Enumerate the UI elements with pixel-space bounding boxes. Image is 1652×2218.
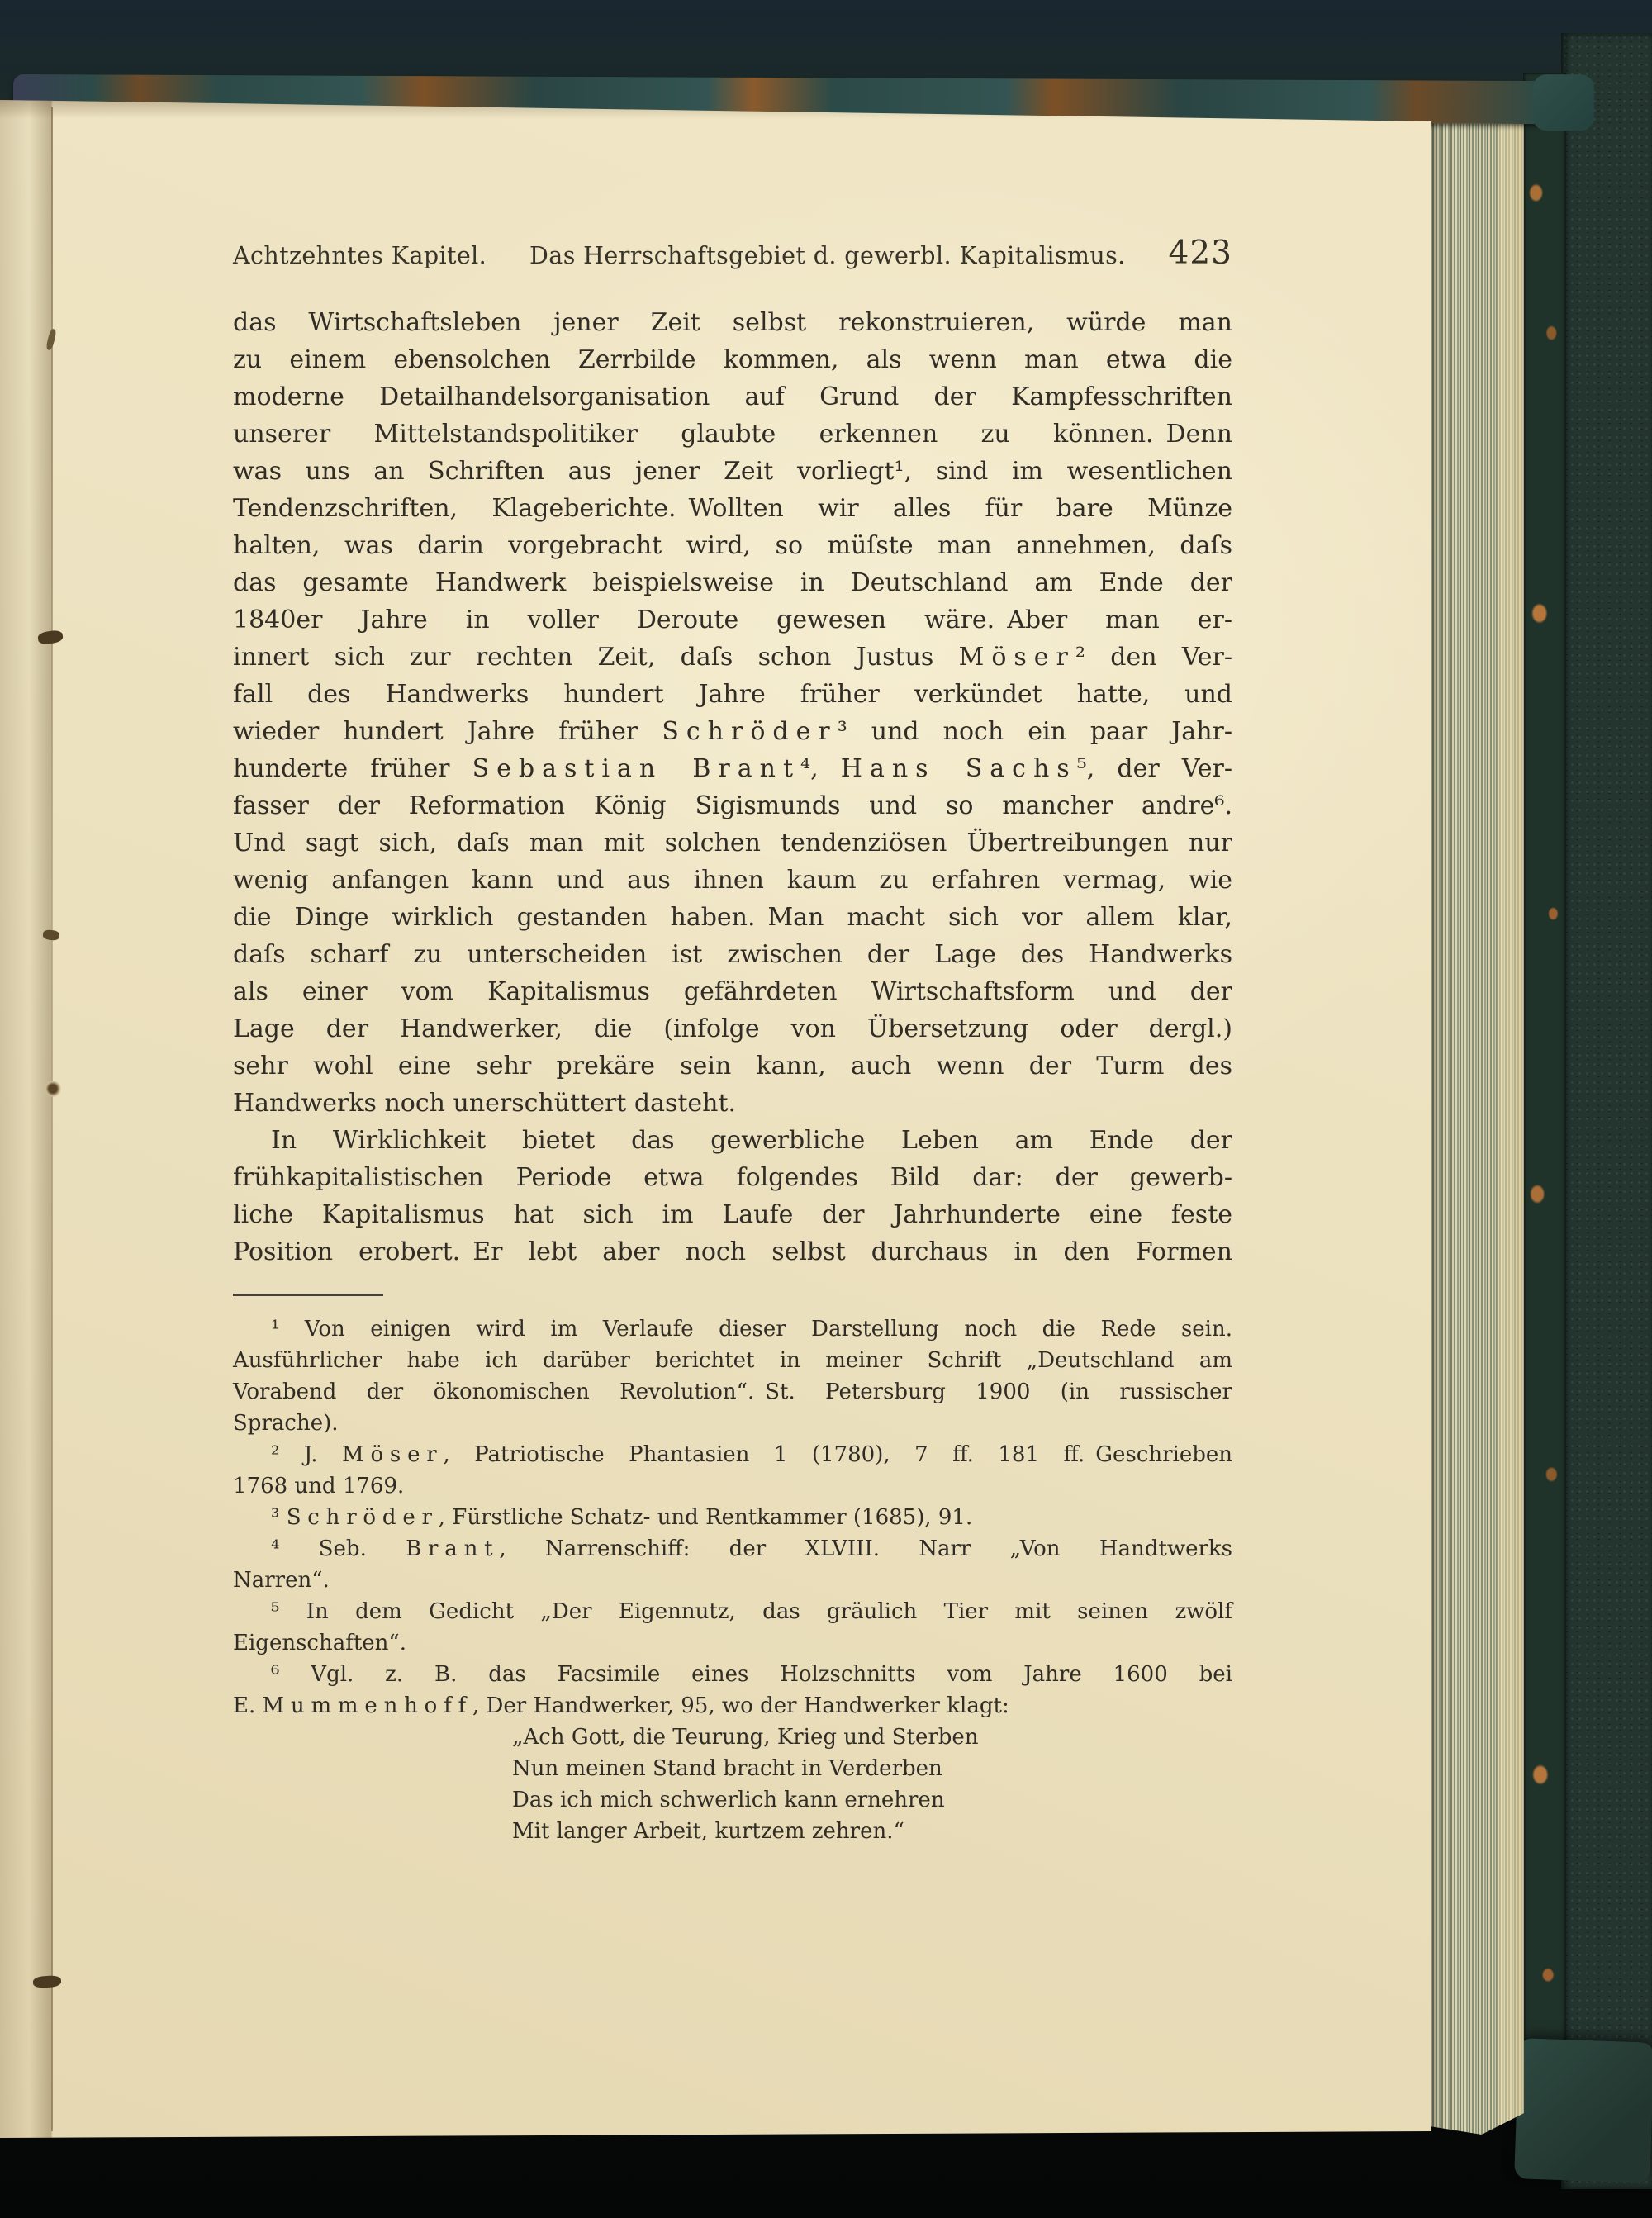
text-segment: innert sich zur rechten Zeit, daſs schon… [233, 643, 959, 672]
poem-line: „Ach Gott, die Teurung, Krieg und Sterbe… [233, 1722, 1232, 1753]
chapter-title: Das Herrschaftsgebiet d. gewerbl. Kapita… [529, 242, 1126, 269]
text-segment: hunderte früher [233, 754, 472, 783]
text-line: die Dinge wirklich gestanden haben. Man … [233, 899, 1232, 936]
binding-hole [45, 1081, 61, 1097]
text-line: sehr wohl eine sehr prekäre sein kann, a… [233, 1047, 1232, 1085]
text-segment: E. [233, 1693, 263, 1718]
letterspaced-name: Möser [959, 643, 1075, 672]
book-scan: Achtzehntes Kapitel. Das Herrschaftsgebi… [0, 0, 1652, 2218]
text-line: liche Kapitalismus hat sich im Laufe der… [233, 1196, 1232, 1233]
text-segment: wieder hundert Jahre früher [233, 717, 662, 746]
text-segment: ² J. [271, 1442, 342, 1467]
text-line: ⁵ In dem Gedicht „Der Eigennutz, das grä… [233, 1596, 1232, 1627]
letterspaced-name: Möser [342, 1442, 443, 1467]
text-line: fasser der Reformation König Sigismunds … [233, 787, 1232, 824]
text-line: Sprache). [233, 1408, 1232, 1439]
text-segment: , Fürstliche Schatz- und Rentkammer (168… [439, 1505, 972, 1530]
text-segment: , Narrenschiff: der XLVIII. Narr „Von Ha… [499, 1536, 1232, 1561]
text-line: das Wirtschaftsleben jener Zeit selbst r… [233, 304, 1232, 341]
letterspaced-name: Mummenhoff [263, 1693, 472, 1718]
text-line: innert sich zur rechten Zeit, daſs schon… [233, 639, 1232, 676]
text-line: wenig anfangen kann und aus ihnen kaum z… [233, 862, 1232, 899]
text-line: ¹ Von einigen wird im Verlaufe dieser Da… [233, 1313, 1232, 1345]
text-line: moderne Detailhandelsorganisation auf Gr… [233, 378, 1232, 416]
text-line: E. Mummenhoff, Der Handwerker, 95, wo de… [233, 1690, 1232, 1722]
page-number: 423 [1169, 235, 1232, 272]
cloth-cover [1561, 33, 1652, 2189]
text-line: Und sagt sich, daſs man mit solchen tend… [233, 824, 1232, 862]
text-segment: ³ [271, 1505, 287, 1530]
marbled-board-edge [1523, 73, 1566, 2075]
text-line: unserer Mittelstandspolitiker glaubte er… [233, 416, 1232, 453]
text-line: wieder hundert Jahre früher Schröder³ un… [233, 713, 1232, 750]
poem-line: Das ich mich schwerlich kann ernehren [233, 1784, 1232, 1816]
letterspaced-name: Sebastian Brant [472, 754, 800, 783]
text-line: ³ Schröder, Fürstliche Schatz- und Rentk… [233, 1502, 1232, 1533]
text-line: das gesamte Handwerk beispielsweise in D… [233, 564, 1232, 601]
letterspaced-name: Schröder [662, 717, 837, 746]
text-line: Lage der Handwerker, die (infolge von Üb… [233, 1010, 1232, 1047]
text-segment: ⁴, [800, 754, 841, 783]
letterspaced-name: Brant [406, 1536, 499, 1561]
text-segment: ⁴ Seb. [271, 1536, 406, 1561]
text-line: zu einem ebensolchen Zerrbilde kommen, a… [233, 341, 1232, 378]
text-line: halten, was darin vorgebracht wird, so m… [233, 527, 1232, 564]
text-line: Ausführlicher habe ich darüber berichtet… [233, 1345, 1232, 1376]
text-line: Vorabend der ökonomischen Revolution“. S… [233, 1376, 1232, 1408]
binding-stitch [33, 1975, 62, 1988]
text-line: Position erobert. Er lebt aber noch selb… [233, 1233, 1232, 1270]
gutter-shading [0, 0, 53, 2140]
body-text: das Wirtschaftsleben jener Zeit selbst r… [233, 304, 1232, 1270]
text-line: Eigenschaften“. [233, 1627, 1232, 1659]
text-line: 1840er Jahre in voller Deroute gewesen w… [233, 601, 1232, 639]
text-segment: ⁵, der Ver- [1077, 754, 1232, 783]
footnotes-text: ¹ Von einigen wird im Verlaufe dieser Da… [233, 1313, 1232, 1847]
text-line: Tendenzschriften, Klageberichte. Wollten… [233, 490, 1232, 527]
footnote-separator [233, 1294, 383, 1296]
text-line: frühkapitalistischen Periode etwa folgen… [233, 1159, 1232, 1196]
leather-corner [1514, 2038, 1652, 2183]
binding-crease [51, 107, 53, 2131]
letterspaced-name: Schröder [287, 1505, 439, 1530]
text-line: Handwerks noch unerschüttert dasteht. [233, 1085, 1232, 1122]
text-line: hunderte früher Sebastian Brant⁴, Hans S… [233, 750, 1232, 787]
text-line: ⁶ Vgl. z. B. das Facsimile eines Holzsch… [233, 1659, 1232, 1690]
text-line: In Wirklichkeit bietet das gewerbliche L… [233, 1122, 1232, 1159]
page-edge-stack [1430, 83, 1524, 2141]
poem-line: Nun meinen Stand bracht in Verderben [233, 1753, 1232, 1784]
text-line: ² J. Möser, Patriotische Phantasien 1 (1… [233, 1439, 1232, 1470]
text-line: was uns an Schriften aus jener Zeit vorl… [233, 453, 1232, 490]
text-segment: , Der Handwerker, 95, wo der Handwerker … [472, 1693, 1009, 1718]
chapter-label: Achtzehntes Kapitel. [233, 242, 487, 269]
text-segment: , Patriotische Phantasien 1 (1780), 7 ff… [443, 1442, 1232, 1467]
text-line: daſs scharf zu unterscheiden ist zwische… [233, 936, 1232, 973]
text-line: ⁴ Seb. Brant, Narrenschiff: der XLVIII. … [233, 1533, 1232, 1565]
poem-line: Mit langer Arbeit, kurtzem zehren.“ [233, 1816, 1232, 1847]
book-page: Achtzehntes Kapitel. Das Herrschaftsgebi… [0, 0, 1431, 2140]
text-segment: ² den Ver- [1075, 643, 1232, 672]
running-head: Achtzehntes Kapitel. Das Herrschaftsgebi… [233, 235, 1232, 272]
text-line: Narren“. [233, 1565, 1232, 1596]
letterspaced-name: Hans Sachs [841, 754, 1077, 783]
text-segment: ³ und noch ein paar Jahr- [838, 717, 1232, 746]
text-line: 1768 und 1769. [233, 1470, 1232, 1502]
text-line: fall des Handwerks hundert Jahre früher … [233, 676, 1232, 713]
text-line: als einer vom Kapitalismus gefährdeten W… [233, 973, 1232, 1010]
